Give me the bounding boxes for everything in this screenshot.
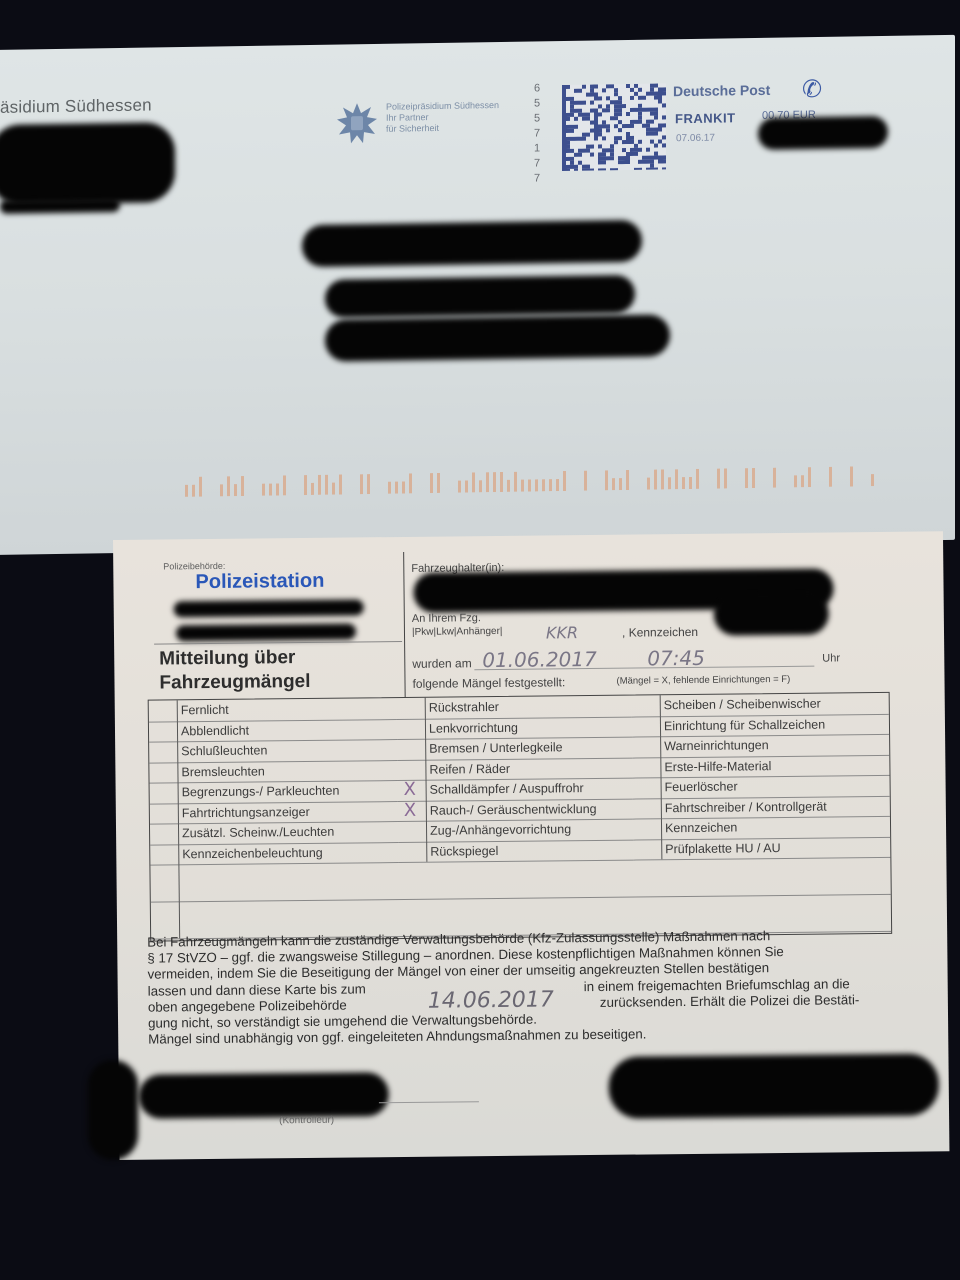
checklist-box[interactable] xyxy=(633,818,662,839)
checklist-box[interactable]: X xyxy=(398,800,427,821)
checklist-item-label: Einrichtung für Schallzeichen xyxy=(664,717,825,733)
checklist-item-label: Schalldämpfer / Auspuffrohr xyxy=(430,781,584,797)
redacted-sender-address-line xyxy=(0,198,120,214)
postage-date: 07.06.17 xyxy=(676,133,715,145)
checklist-item-label: Schlußleuchten xyxy=(181,743,267,758)
checklist-item-label: Erste-Hilfe-Material xyxy=(664,759,771,774)
post-horn-icon: ✆ xyxy=(802,75,822,104)
checklist-box[interactable] xyxy=(397,759,426,780)
return-deadline: 14.06.2017 xyxy=(428,987,554,1013)
vertical-code: 6557177 xyxy=(533,81,541,186)
checklist-box[interactable] xyxy=(150,803,179,824)
checklist-item-label: Fahrtschreiber / Kontrollgerät xyxy=(665,799,827,815)
checklist-box[interactable] xyxy=(151,901,180,938)
checklist-item-label: Kennzeichen xyxy=(665,820,737,835)
postal-barcode xyxy=(185,466,875,497)
redacted-station-address xyxy=(174,599,364,617)
redacted-officer-name xyxy=(139,1072,389,1119)
redacted-sender-address xyxy=(0,122,175,205)
redacted-stamp xyxy=(608,1053,939,1118)
checklist-box[interactable] xyxy=(149,741,178,762)
postage-brand: Deutsche Post xyxy=(673,82,770,100)
checklist-item-label: Warneinrichtungen xyxy=(664,738,769,753)
redacted-postage-id xyxy=(758,116,888,150)
vehicle-type-options: |Pkw|Lkw|Anhänger| xyxy=(412,626,503,638)
checklist-item-label: Rückstrahler xyxy=(429,700,499,715)
police-slogan: Polizeipräsidium Südhessen Ihr Partner f… xyxy=(386,100,499,135)
checklist-box[interactable] xyxy=(150,782,179,803)
envelope: äsidium Südhessen Polizeipräsidium Südhe… xyxy=(0,35,955,555)
station-name: Polizeistation xyxy=(195,570,324,594)
checklist-item-label: Bremsen / Unterlegkeile xyxy=(429,740,563,755)
checklist-item-label: Zusätzl. Scheinw./Leuchten xyxy=(182,825,334,841)
sender-name: äsidium Südhessen xyxy=(0,95,152,117)
authority-label: Polizeibehörde: xyxy=(163,561,225,572)
redacted-card-edge xyxy=(88,1060,138,1160)
checklist-item-label: Fahrtrichtungsanzeiger xyxy=(182,804,310,819)
postage-label: FRANKIT xyxy=(675,110,736,126)
checklist-box[interactable] xyxy=(632,695,661,716)
defect-notice-card: Polizeibehörde: Polizeistation Mitteilun… xyxy=(113,531,949,1160)
checklist-box[interactable] xyxy=(397,718,426,739)
checklist-item-label: Reifen / Räder xyxy=(429,761,510,776)
checklist-box[interactable] xyxy=(632,757,661,778)
header-divider xyxy=(403,552,406,697)
checklist-box[interactable] xyxy=(149,721,178,742)
datamatrix-code-icon xyxy=(562,83,666,171)
checklist-item-label: Abblendlicht xyxy=(181,723,249,738)
plate-label: , Kennzeichen xyxy=(622,625,698,640)
checklist-box[interactable] xyxy=(398,821,427,842)
checklist-box[interactable]: X xyxy=(398,780,427,801)
defect-checklist: FernlichtAbblendlichtSchlußleuchtenBrems… xyxy=(148,692,892,942)
checklist-box[interactable] xyxy=(397,698,426,719)
checklist-box[interactable] xyxy=(398,841,427,862)
found-on-label: wurden am xyxy=(412,656,472,671)
checklist-item-label: Begrenzungs-/ Parkleuchten xyxy=(182,784,340,800)
checklist-box[interactable] xyxy=(397,739,426,760)
time-unit: Uhr xyxy=(822,652,840,664)
checklist-box[interactable] xyxy=(149,762,178,783)
checklist-item-label: Kennzeichenbeleuchtung xyxy=(182,845,323,860)
signature-caption: (Kontrolleur) xyxy=(279,1115,334,1127)
handwritten-x-mark: X xyxy=(404,799,417,820)
redacted-recipient-city xyxy=(325,314,670,361)
checklist-item-label: Prüfplakette HU / AU xyxy=(665,841,780,856)
checklist-item-label: Scheiben / Scheibenwischer xyxy=(664,697,821,713)
signature-line xyxy=(379,1101,479,1103)
checklist-item-label: Lenkvorrichtung xyxy=(429,720,518,735)
checklist-box[interactable] xyxy=(633,798,662,819)
checklist-item-label: Feuerlöscher xyxy=(665,779,738,794)
vehicle-label: An Ihrem Fzg. xyxy=(412,612,481,625)
checklist-box[interactable] xyxy=(632,716,661,737)
card-title: Mitteilung über Fahrzeugmängel xyxy=(159,646,310,696)
divider xyxy=(154,641,402,645)
checklist-box[interactable] xyxy=(633,839,662,860)
handwritten-x-mark: X xyxy=(404,779,417,800)
checklist-box[interactable] xyxy=(150,844,179,865)
checklist-box[interactable] xyxy=(150,864,179,901)
vehicle-type-handwritten: KKR xyxy=(546,623,578,642)
checklist-item-label: Zug-/Anhängevorrichtung xyxy=(430,822,571,837)
police-star-icon xyxy=(335,101,379,146)
checklist-item-label: Rückspiegel xyxy=(430,843,498,858)
checklist-box[interactable] xyxy=(150,823,179,844)
redacted-station-city xyxy=(176,623,356,641)
redacted-holder-address xyxy=(714,593,829,636)
checklist-item-label: Rauch-/ Geräuschentwicklung xyxy=(430,801,597,817)
checklist-item-label: Fernlicht xyxy=(181,703,229,718)
checklist-box[interactable] xyxy=(632,736,661,757)
checklist-item-label: Bremsleuchten xyxy=(181,764,265,779)
redacted-recipient-street xyxy=(325,275,635,318)
checklist-box[interactable] xyxy=(633,777,662,798)
redacted-recipient-name xyxy=(302,220,642,267)
checklist-box[interactable] xyxy=(149,700,178,721)
defects-label: folgende Mängel festgestellt: xyxy=(412,675,565,691)
mark-legend: (Mängel = X, fehlende Einrichtungen = F) xyxy=(616,674,790,687)
